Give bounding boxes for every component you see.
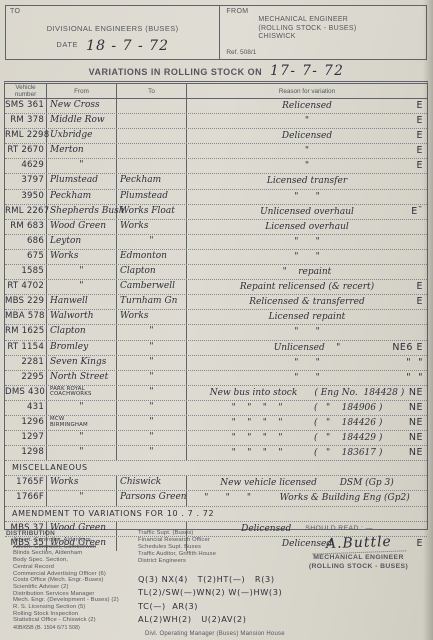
row-mark: NE (409, 446, 423, 459)
ref-number: Ref. 508/1 (226, 49, 256, 56)
table-row: RM 683Wood GreenWorksLicensed overhaul (5, 220, 427, 235)
table-row: 1296MCW BIRMINGHAM"" " " " ( " 184426 )N… (5, 416, 427, 431)
distribution-item: Rolling Stock Inspection (6, 611, 138, 618)
signature: A.Buttle (311, 533, 405, 554)
to-label: TO (10, 8, 215, 15)
vehicle-cell: 3950 (5, 190, 47, 204)
to-cell (117, 114, 187, 128)
reason-text: Relicensed (282, 101, 332, 111)
vehicle-cell: RT 2670 (5, 144, 47, 158)
title-date: 17- 7- 72 (270, 63, 344, 79)
to-cell: " (117, 371, 187, 385)
table-row: RT 1154Bromley"Unlicensed "NE6 E (5, 341, 427, 356)
to-cell: Parsons Green (117, 491, 187, 505)
vehicle-cell: RM 683 (5, 220, 47, 234)
reason-text: " (305, 146, 309, 156)
to-cell: " (117, 386, 187, 400)
table-row: 431""" " " " ( " 184906 )NE (5, 401, 427, 416)
distribution-item: Scientific Adviser (2) (6, 584, 138, 591)
reason-text: " (305, 116, 309, 126)
reason-cell: DelicensedE (187, 129, 427, 143)
signature-block: A.Buttle MECHANICAL ENGINEER (ROLLING ST… (290, 534, 427, 571)
to-cell (117, 144, 187, 158)
from-cell: MCW BIRMINGHAM (47, 416, 117, 430)
vehicle-cell: 686 (5, 235, 47, 249)
vehicle-cell: MBS 229 (5, 295, 47, 309)
to-cell (117, 129, 187, 143)
distribution-item: Advert. Controller, Aldenham (6, 537, 138, 544)
page-title: VARIATIONS IN ROLLING STOCK ON (89, 67, 263, 77)
row-mark: E (416, 144, 423, 157)
from-cell: New Cross (47, 99, 117, 113)
to-cell: " (117, 235, 187, 249)
column-header-reason: Reason for variation (187, 84, 427, 98)
distribution-item: Advert. Controller, Camberwell (6, 544, 138, 551)
table-row: 2281Seven Kings"" "" " (5, 356, 427, 371)
reason-text: " " " " ( " 184906 ) (232, 403, 383, 413)
reason-cell: New bus into stock ( Eng No. 184428 )NE (187, 386, 427, 400)
vehicle-cell: 431 (5, 401, 47, 415)
vehicle-cell: RT 1154 (5, 341, 47, 355)
vehicle-cell: RML 2267 (5, 205, 47, 219)
to-cell: " (117, 356, 187, 370)
table-row: RM 378Middle Row"E (5, 114, 427, 129)
code-line: TL(2)/SW(—)WN(2) W(—)HW(3) (138, 586, 290, 600)
to-cell: Clapton (117, 265, 187, 279)
reason-text: " " " " ( " 184426 ) (232, 418, 383, 428)
table-row: RT 2670Merton"E (5, 144, 427, 159)
document-page: TO DIVISIONAL ENGINEERS (BUSES) DATE18 -… (0, 0, 433, 640)
row-mark: E (416, 129, 423, 142)
to-value: DIVISIONAL ENGINEERS (BUSES) (10, 24, 215, 33)
page-title-row: VARIATIONS IN ROLLING STOCK ON17- 7- 72 (0, 62, 433, 80)
table-row: 1297""" " " " ( " 184429 )NE (5, 431, 427, 446)
to-cell: " (117, 325, 187, 339)
from-cell: Middle Row (47, 114, 117, 128)
vehicle-cell: RM 378 (5, 114, 47, 128)
from-cell: Wood Green (47, 220, 117, 234)
from-address: MECHANICAL ENGINEER (ROLLING STOCK - BUS… (258, 16, 420, 42)
row-mark: E (416, 280, 423, 293)
to-cell (117, 159, 187, 173)
distribution-list: Advert. Controller, AldenhamAdvert. Cont… (6, 537, 138, 624)
print-code: 40B/65B (B. 1504 6/71 508) (6, 625, 138, 631)
vehicle-cell: MBA 578 (5, 310, 47, 324)
reason-text: " " (294, 373, 319, 383)
row-mark: E (416, 295, 423, 308)
from-cell: Hanwell (47, 295, 117, 309)
to-cell: " (117, 431, 187, 445)
recipient-item: Schedules Supt. Buses (138, 544, 290, 551)
vehicle-cell: 1585 (5, 265, 47, 279)
signatory-title-line: MECHANICAL ENGINEER (290, 554, 427, 562)
reason-cell: Licensed overhaul (187, 220, 427, 234)
reason-cell: " " " " ( " 183617 )NE (187, 446, 427, 460)
from-cell: Plumstead (47, 174, 117, 188)
vehicle-cell: 4629 (5, 159, 47, 173)
table-row: 686Leyton"" " (5, 235, 427, 250)
from-cell: Merton (47, 144, 117, 158)
reason-cell: " " " " ( " 184429 )NE (187, 431, 427, 445)
recipients-column: Traffic Supt. (Buses)Financial Research … (138, 530, 290, 631)
recipient-item: Financial Research Officer (138, 537, 290, 544)
vehicle-cell: 675 (5, 250, 47, 264)
reason-cell: " " (187, 190, 427, 204)
vehicle-cell: 2295 (5, 371, 47, 385)
section-label: MISCELLANEOUS (5, 461, 427, 475)
from-cell: Uxbridge (47, 129, 117, 143)
distribution-item: Statistical Office - Chiswick (2) (6, 617, 138, 624)
from-label: FROM (226, 8, 420, 15)
reason-cell: " " " " ( " 184426 )NE (187, 416, 427, 430)
reason-cell: Repaint relicensed (& recert)E (187, 280, 427, 294)
from-cell: " (47, 159, 117, 173)
reason-text: Licensed transfer (267, 176, 347, 186)
table-row: RML 2298UxbridgeDelicensedE (5, 129, 427, 144)
vehicle-cell: 1765F (5, 476, 47, 490)
reason-cell: "E (187, 114, 427, 128)
reason-text: Relicensed & transferred (249, 297, 365, 307)
reason-cell: " " (187, 325, 427, 339)
row-mark: NE (409, 416, 423, 429)
reason-cell: " " (187, 235, 427, 249)
reason-text: " " (294, 327, 319, 337)
from-cell: Walworth (47, 310, 117, 324)
reason-text: " " " " ( " 184429 ) (232, 433, 383, 443)
to-cell: " (117, 341, 187, 355)
footer: DISTRIBUTION Advert. Controller, Aldenha… (6, 530, 427, 631)
vehicle-cell: 1766F (5, 491, 47, 505)
from-line: MECHANICAL ENGINEER (258, 16, 420, 25)
section-label: AMENDMENT TO VARIATIONS FOR 10 . 7 . 72 (5, 507, 427, 521)
column-header-to: To (117, 84, 187, 98)
variations-table: Vehicle number From To Reason for variat… (4, 81, 428, 530)
table-row: 2295North Street"" "" " (5, 371, 427, 386)
allocation-codes: Q(3) NX(4) T(2)HT(—) R(3)TL(2)/SW(—)WN(2… (138, 573, 290, 627)
distribution-item: Central Record (6, 564, 138, 571)
row-mark: E (416, 99, 423, 112)
reason-cell: "E (187, 144, 427, 158)
to-cell: Chiswick (117, 476, 187, 490)
column-header-from: From (47, 84, 117, 98)
section-row: MISCELLANEOUS (5, 461, 427, 476)
reason-cell: Licensed repaint (187, 310, 427, 324)
reason-cell: " " (187, 250, 427, 264)
from-cell: " (47, 401, 117, 415)
bottom-note: Divl. Operating Manager (Buses) Mansion … (145, 631, 285, 637)
to-cell: Plumstead (117, 190, 187, 204)
reason-text: Licensed overhaul (265, 222, 349, 232)
signatory-title-line: (ROLLING STOCK - BUSES) (290, 563, 427, 571)
from-section: FROM MECHANICAL ENGINEER (ROLLING STOCK … (220, 6, 426, 59)
vehicle-cell: RT 4702 (5, 280, 47, 294)
table-row: 1585"Clapton" repaint (5, 265, 427, 280)
table-row: 4629""E (5, 159, 427, 174)
row-mark: E¯ (411, 205, 423, 218)
from-cell: Clapton (47, 325, 117, 339)
column-header-vehicle: Vehicle number (5, 84, 47, 98)
from-cell: North Street (47, 371, 117, 385)
table-row: 675WorksEdmonton" " (5, 250, 427, 265)
to-cell: Camberwell (117, 280, 187, 294)
vehicle-cell: DMS 430 (5, 386, 47, 400)
reason-cell: Licensed transfer (187, 174, 427, 188)
to-cell: Edmonton (117, 250, 187, 264)
from-line: (ROLLING STOCK - BUSES) (258, 25, 420, 34)
table-row: 1298""" " " " ( " 183617 )NE (5, 446, 427, 461)
row-mark: NE (409, 431, 423, 444)
table-row: MBS 229HanwellTurnham GnRelicensed & tra… (5, 295, 427, 310)
row-mark: NE (409, 386, 423, 399)
reason-text: " " (294, 252, 319, 262)
reason-cell: " " " " ( " 184906 )NE (187, 401, 427, 415)
recipient-item: Traffic Supt. (Buses) (138, 530, 290, 537)
reason-text: Unlicensed overhaul (260, 207, 354, 217)
table-row: 3950PeckhamPlumstead" " (5, 190, 427, 205)
reason-cell: New vehicle licensed DSM (Gp 3) (187, 476, 427, 490)
to-cell (117, 99, 187, 113)
row-mark: E (416, 114, 423, 127)
reason-text: " " " " ( " 183617 ) (232, 448, 383, 458)
table-row: DMS 430PARK ROYAL COACHWORKS"New bus int… (5, 386, 427, 401)
reason-cell: Unlicensed overhaulE¯ (187, 205, 427, 219)
table-row: 1765FWorksChiswickNew vehicle licensed D… (5, 476, 427, 491)
reason-text: Delicensed (282, 131, 332, 141)
reason-text: " " (294, 358, 319, 368)
address-header-box: TO DIVISIONAL ENGINEERS (BUSES) DATE18 -… (5, 5, 427, 60)
table-body: SMS 361New CrossRelicensedERM 378Middle … (5, 99, 427, 551)
vehicle-cell: 3797 (5, 174, 47, 188)
to-cell: " (117, 446, 187, 460)
code-line: Q(3) NX(4) T(2)HT(—) R(3) (138, 573, 290, 587)
code-line: AL(2)WH(2) U(2)AV(2) (138, 613, 290, 627)
reason-cell: RelicensedE (187, 99, 427, 113)
reason-cell: " repaint (187, 265, 427, 279)
reason-cell: " "" " (187, 371, 427, 385)
reason-cell: Unlicensed "NE6 E (187, 341, 427, 355)
table-row: 3797PlumsteadPeckhamLicensed transfer (5, 174, 427, 189)
to-cell: Works Float (117, 205, 187, 219)
row-mark: NE (409, 401, 423, 414)
from-cell: " (47, 265, 117, 279)
to-cell: Turnham Gn (117, 295, 187, 309)
vehicle-cell: SMS 361 (5, 99, 47, 113)
row-mark: " " (406, 356, 423, 369)
distribution-column: DISTRIBUTION Advert. Controller, Aldenha… (6, 530, 138, 631)
reason-text: Licensed repaint (269, 312, 346, 322)
table-row: RML 2267Shepherds BushWorks FloatUnlicen… (5, 205, 427, 220)
reason-text: New bus into stock ( Eng No. 184428 ) (210, 388, 405, 398)
from-cell: Shepherds Bush (47, 205, 117, 219)
distribution-item: Commercial Advertising Officer (6) (6, 571, 138, 578)
from-cell: Seven Kings (47, 356, 117, 370)
from-cell: " (47, 431, 117, 445)
distribution-item: R. S. Licensing Section (5) (6, 604, 138, 611)
from-line: CHISWICK (258, 33, 420, 42)
date-value: 18 - 7 - 72 (86, 38, 169, 54)
table-row: MBA 578WalworthWorksLicensed repaint (5, 310, 427, 325)
vehicle-cell: RM 1625 (5, 325, 47, 339)
table-header-row: Vehicle number From To Reason for variat… (5, 84, 427, 99)
reason-text: " " (294, 237, 319, 247)
from-cell: Bromley (47, 341, 117, 355)
reason-text: " (305, 161, 309, 171)
from-cell: " (47, 280, 117, 294)
table-row: RT 4702"CamberwellRepaint relicensed (& … (5, 280, 427, 295)
recipients-list: Traffic Supt. (Buses)Financial Research … (138, 530, 290, 565)
from-cell: Peckham (47, 190, 117, 204)
code-line: TC(—) AR(3) (138, 600, 290, 614)
to-cell: Works (117, 220, 187, 234)
reason-cell: " " " Works & Building Eng (Gp2) (187, 491, 427, 505)
to-cell: " (117, 416, 187, 430)
distribution-item: Body Spec. Section, (6, 557, 138, 564)
reason-text: " " (294, 192, 319, 202)
distribution-item: Mech. Engr. (Development - Buses) (2) (6, 597, 138, 604)
from-cell: " (47, 446, 117, 460)
table-row: SMS 361New CrossRelicensedE (5, 99, 427, 114)
to-cell: " (117, 401, 187, 415)
distribution-item: Blinds Section, Aldenham (6, 550, 138, 557)
from-cell: Works (47, 476, 117, 490)
from-cell: Leyton (47, 235, 117, 249)
vehicle-cell: 2281 (5, 356, 47, 370)
to-section: TO DIVISIONAL ENGINEERS (BUSES) DATE18 -… (6, 6, 220, 59)
recipient-item: Traffic Auditor, Griffith House (138, 551, 290, 558)
from-cell: Works (47, 250, 117, 264)
reason-text: " " " Works & Building Eng (Gp2) (204, 493, 409, 503)
to-cell: Peckham (117, 174, 187, 188)
recipient-item: District Engineers (138, 558, 290, 565)
reason-text: Repaint relicensed (& recert) (240, 282, 374, 292)
reason-cell: " "" " (187, 356, 427, 370)
section-row: AMENDMENT TO VARIATIONS FOR 10 . 7 . 72 (5, 507, 427, 522)
reason-cell: "E (187, 159, 427, 173)
from-cell: PARK ROYAL COACHWORKS (47, 386, 117, 400)
signature-column: A.Buttle MECHANICAL ENGINEER (ROLLING ST… (290, 530, 427, 631)
reason-text: New vehicle licensed DSM (Gp 3) (220, 478, 394, 488)
vehicle-cell: 1298 (5, 446, 47, 460)
distribution-item: Costs Office (Mech. Engr.-Buses) (6, 577, 138, 584)
row-mark: E (416, 159, 423, 172)
distribution-title: DISTRIBUTION (6, 530, 138, 537)
row-mark: " " (406, 371, 423, 384)
vehicle-cell: 1297 (5, 431, 47, 445)
row-mark: NE6 E (392, 341, 423, 354)
date-row: DATE18 - 7 - 72 (10, 37, 215, 55)
from-cell: " (47, 491, 117, 505)
reason-text: Unlicensed " (274, 343, 341, 353)
to-cell: Works (117, 310, 187, 324)
reason-cell: Relicensed & transferredE (187, 295, 427, 309)
vehicle-cell: RML 2298 (5, 129, 47, 143)
vehicle-cell: 1296 (5, 416, 47, 430)
table-row: 1766F"Parsons Green" " " Works & Buildin… (5, 491, 427, 506)
date-label: DATE (56, 40, 78, 49)
table-row: RM 1625Clapton"" " (5, 325, 427, 340)
distribution-item: Distribution Services Manager (6, 591, 138, 598)
reason-text: " repaint (283, 267, 332, 277)
